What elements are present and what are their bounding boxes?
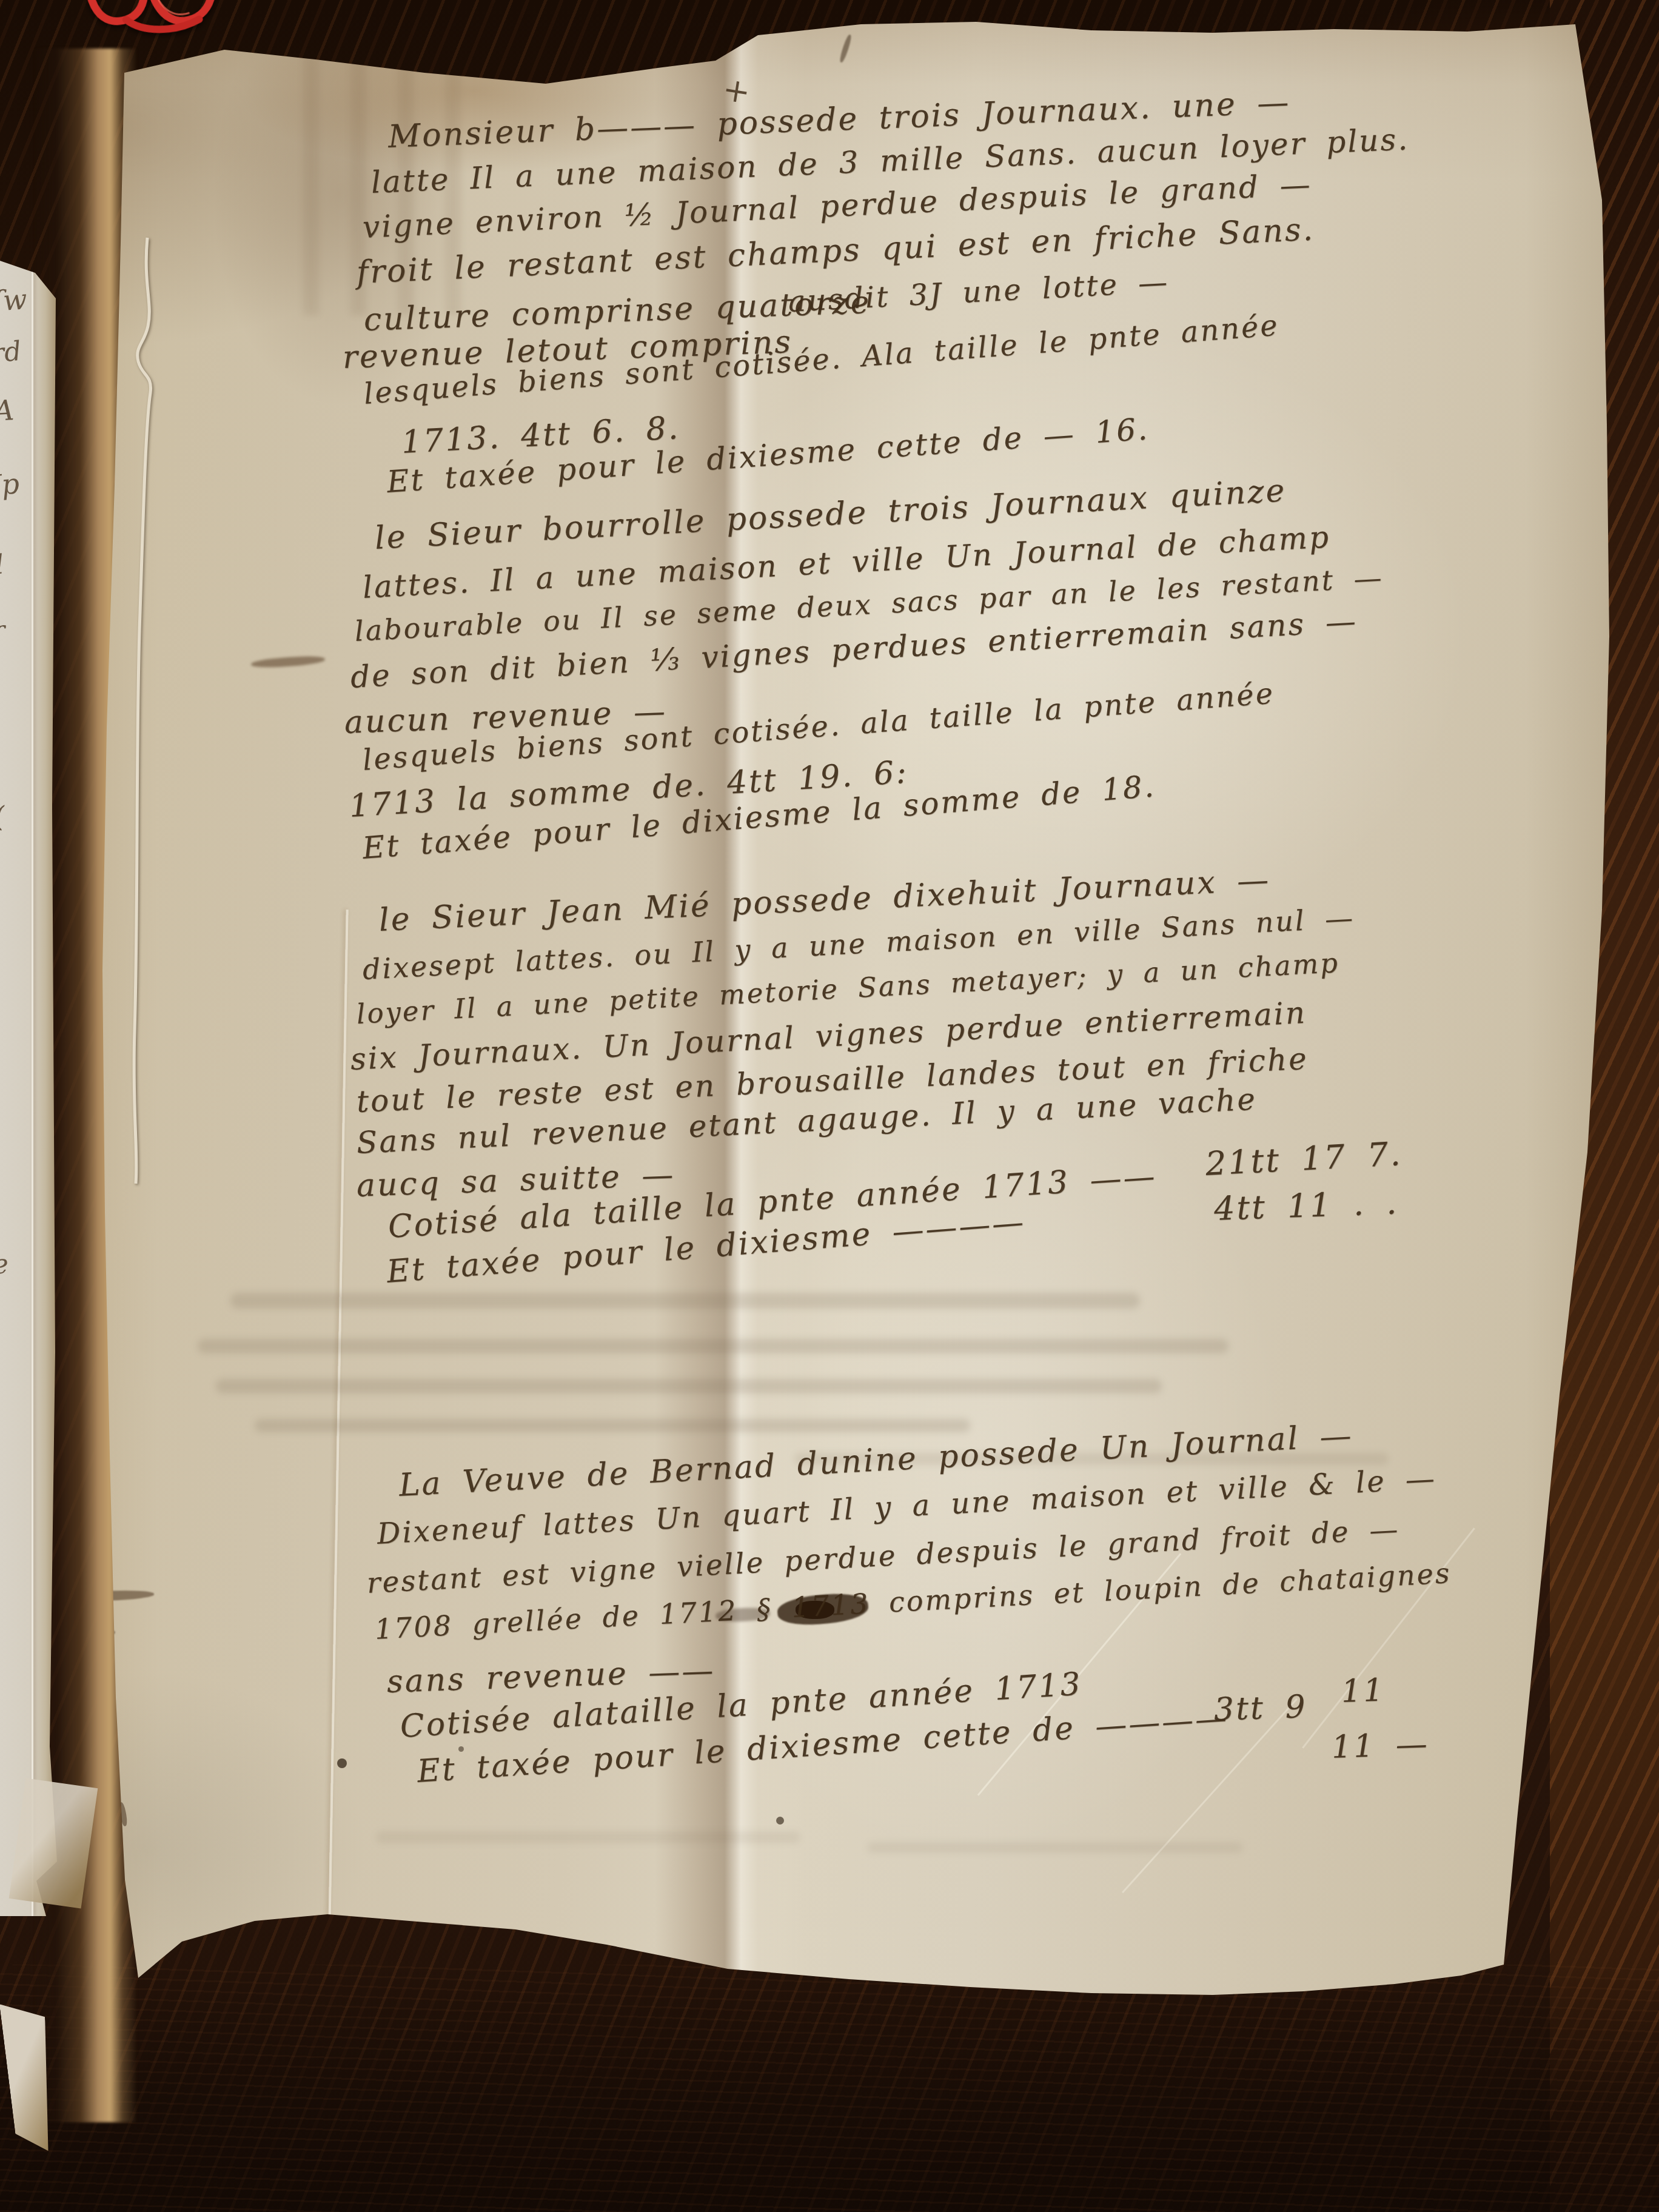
left-page-text-fragment: rd [0, 336, 23, 370]
amount-line: 11 — [1331, 1726, 1430, 1766]
left-page-text-fragment: e [0, 1248, 10, 1281]
amount-line: 4tt 11 . . [1213, 1183, 1399, 1228]
bleedthrough-smudge [867, 1842, 1243, 1853]
left-page-text-fragment: Jp [0, 467, 21, 502]
ink-stroke [839, 34, 853, 63]
ink-speck [776, 1817, 784, 1825]
bleedthrough-smudge [255, 1419, 970, 1432]
ink-speck [337, 1758, 347, 1768]
left-page-crease [32, 261, 33, 1916]
bleedthrough-smudge [230, 1293, 1140, 1309]
manuscript-page: + Monsieur b——— possede trois Journaux. … [0, 0, 1659, 2212]
left-page-text-fragment: ( [0, 800, 6, 833]
left-page-text-fragment: A [0, 394, 15, 427]
bleedthrough-smudge [198, 1339, 1228, 1353]
left-page-text-fragment: ſw [0, 283, 28, 318]
left-page-text-fragment: ſ [0, 620, 5, 654]
manuscript-line: ausdit 3J une lotte — [788, 265, 1170, 319]
amount-line: 3tt 9 [1213, 1689, 1308, 1728]
bleedthrough-smudge [376, 1831, 800, 1843]
left-page-edge: ſwrdAJplſ(e [0, 261, 57, 1916]
amount-line: 21tt 17 7. [1204, 1134, 1403, 1183]
photograph-of-manuscript: ſwrdAJplſ(e + Monsieur b——— possede troi… [0, 0, 1659, 2212]
wood-table-bottom [0, 1965, 1659, 2212]
bleedthrough-smudge [216, 1379, 1162, 1393]
left-page-text-fragment: l [0, 549, 5, 581]
amount-line: 11 [1341, 1672, 1386, 1709]
ink-smudge [251, 655, 326, 669]
